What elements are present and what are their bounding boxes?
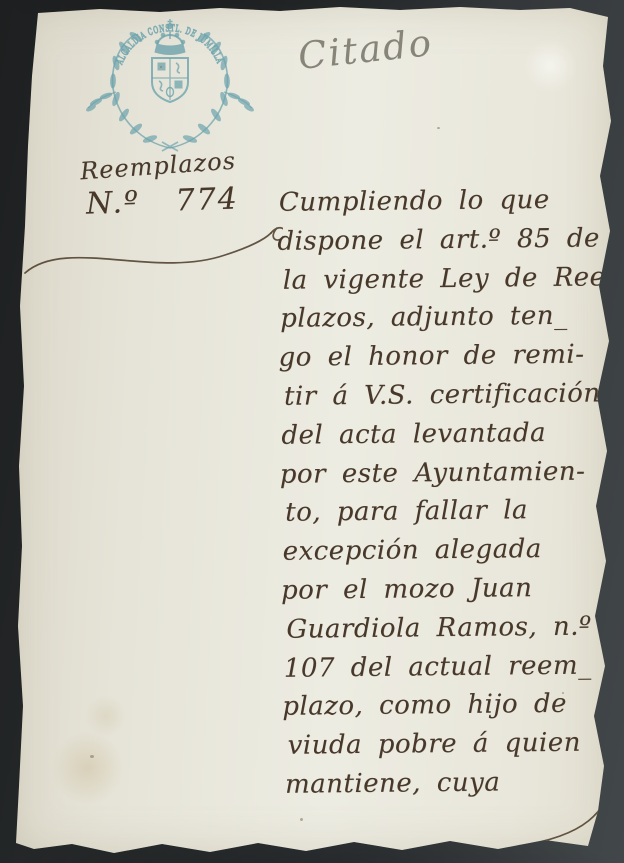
manuscript-line: la vigente Ley de Reem: [283, 258, 618, 300]
paper-speck: [90, 755, 94, 758]
manuscript-line: por el mozo Juan: [281, 568, 621, 610]
manuscript-line: Guardiola Ramos, n.º: [286, 607, 621, 649]
paper-speck: [562, 692, 564, 694]
municipal-seal-stamp: ALCALDIA CONSTL. DE JUMILLA: [86, 8, 258, 154]
manuscript-line: 107 del actual reem_: [284, 646, 622, 688]
manuscript-line: Cumpliendo lo que: [279, 180, 617, 222]
pencil-note-citado: Citado: [296, 21, 435, 78]
manuscript-line: excepción alegada: [282, 529, 620, 571]
manuscript-body: Cumpliendo lo que dispone el art.º 85 de…: [279, 180, 623, 804]
manuscript-line: dispone el art.º 85 de: [277, 219, 617, 261]
paper-speck: [437, 127, 440, 129]
manuscript-line: tir á V.S. certificación: [284, 374, 619, 416]
manuscript-line: del acta levantada: [281, 413, 619, 455]
manuscript-line: por este Ayuntamien-: [280, 452, 620, 494]
document-paper: ALCALDIA CONSTL. DE JUMILLA Citado Reemp…: [10, 6, 614, 854]
paper-speck: [160, 66, 162, 68]
manuscript-line: plazos, adjunto ten_: [280, 297, 618, 339]
manuscript-line: plazo, como hijo de: [282, 685, 622, 727]
manuscript-line: viuda pobre á quien: [287, 723, 622, 765]
photo-background: ALCALDIA CONSTL. DE JUMILLA Citado Reemp…: [0, 0, 624, 863]
paper-speck: [300, 818, 303, 821]
manuscript-line: to, para fallar la: [285, 491, 620, 533]
manuscript-line: go el honor de remi-: [278, 335, 618, 377]
pen-flourish-tail: [490, 768, 620, 853]
coat-of-arms-shield-icon: [152, 58, 188, 102]
pen-flourish: [15, 211, 283, 283]
